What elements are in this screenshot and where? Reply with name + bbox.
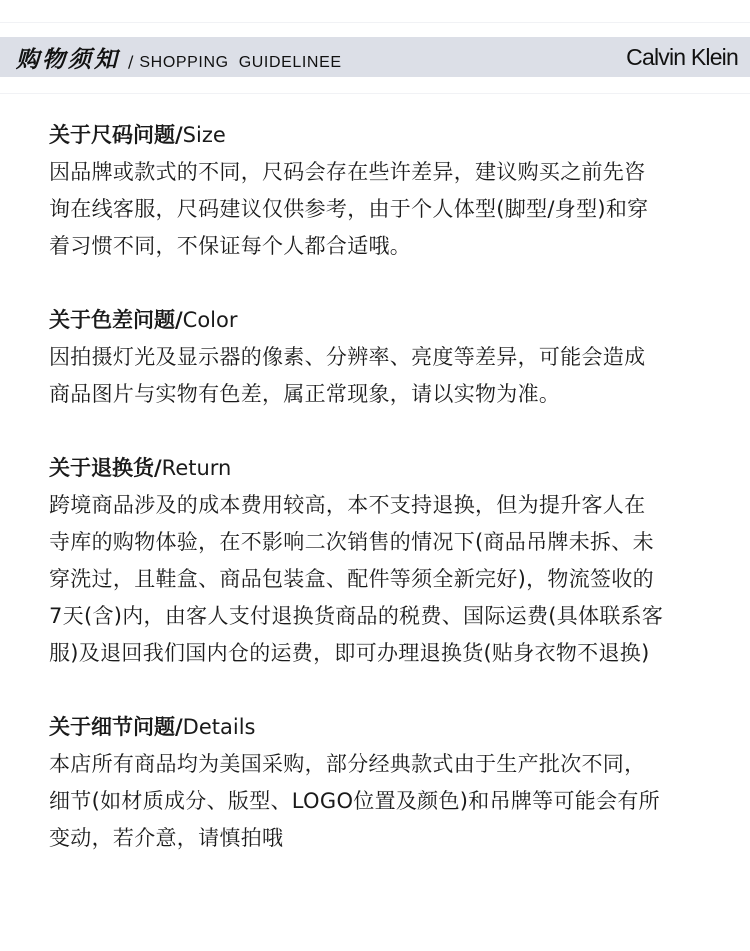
bottom-divider xyxy=(0,93,750,94)
body-line: 着习惯不同，不保证每个人都合适哦。 xyxy=(49,228,719,265)
section-title-cn: 关于退换货/ xyxy=(49,456,162,480)
body-line: 商品图片与实物有色差，属正常现象，请以实物为准。 xyxy=(49,376,719,413)
body-line: 跨境商品涉及的成本费用较高，本不支持退换，但为提升客人在 xyxy=(49,487,719,524)
section-size: 关于尺码问题/Size 因品牌或款式的不同，尺码会存在些许差异，建议购买之前先咨… xyxy=(49,117,719,265)
header-banner: 购物须知 / SHOPPING GUIDELINEE Calvin Klein xyxy=(0,37,750,77)
header-title-cn: 购物须知 xyxy=(16,41,120,74)
top-divider xyxy=(0,22,750,23)
section-body: 因品牌或款式的不同，尺码会存在些许差异，建议购买之前先咨 询在线客服，尺码建议仅… xyxy=(49,154,719,265)
body-line: 服)及退回我们国内仓的运费，即可办理退换货(贴身衣物不退换) xyxy=(49,635,719,672)
section-title-en: Color xyxy=(183,308,238,332)
section-title: 关于细节问题/Details xyxy=(49,709,719,746)
section-body: 跨境商品涉及的成本费用较高，本不支持退换，但为提升客人在 寺库的购物体验，在不影… xyxy=(49,487,719,672)
body-line: 本店所有商品均为美国采购，部分经典款式由于生产批次不同， xyxy=(49,746,719,783)
section-body: 本店所有商品均为美国采购，部分经典款式由于生产批次不同， 细节(如材质成分、版型… xyxy=(49,746,719,857)
brand-logo: Calvin Klein xyxy=(626,44,738,71)
header-separator: / xyxy=(128,52,133,71)
body-line: 变动，若介意，请慎拍哦 xyxy=(49,820,719,857)
section-title-cn: 关于细节问题/ xyxy=(49,715,183,739)
body-line: 寺库的购物体验，在不影响二次销售的情况下(商品吊牌未拆、未 xyxy=(49,524,719,561)
section-color: 关于色差问题/Color 因拍摄灯光及显示器的像素、分辨率、亮度等差异，可能会造… xyxy=(49,302,719,413)
body-line: 穿洗过，且鞋盒、商品包装盒、配件等须全新完好)，物流签收的 xyxy=(49,561,719,598)
section-body: 因拍摄灯光及显示器的像素、分辨率、亮度等差异，可能会造成 商品图片与实物有色差，… xyxy=(49,339,719,413)
header-title-en: SHOPPING GUIDELINEE xyxy=(139,54,341,72)
body-line: 因拍摄灯光及显示器的像素、分辨率、亮度等差异，可能会造成 xyxy=(49,339,719,376)
section-return: 关于退换货/Return 跨境商品涉及的成本费用较高，本不支持退换，但为提升客人… xyxy=(49,450,719,672)
body-line: 因品牌或款式的不同，尺码会存在些许差异，建议购买之前先咨 xyxy=(49,154,719,191)
section-title-en: Size xyxy=(183,123,226,147)
section-title-en: Return xyxy=(162,456,232,480)
header-title-group: 购物须知 / SHOPPING GUIDELINEE xyxy=(16,41,342,74)
section-title-cn: 关于色差问题/ xyxy=(49,308,183,332)
guidelines-content: 关于尺码问题/Size 因品牌或款式的不同，尺码会存在些许差异，建议购买之前先咨… xyxy=(49,117,719,894)
section-title: 关于退换货/Return xyxy=(49,450,719,487)
section-title-cn: 关于尺码问题/ xyxy=(49,123,183,147)
body-line: 7天(含)内，由客人支付退换货商品的税费、国际运费(具体联系客 xyxy=(49,598,719,635)
section-details: 关于细节问题/Details 本店所有商品均为美国采购，部分经典款式由于生产批次… xyxy=(49,709,719,857)
body-line: 询在线客服，尺码建议仅供参考，由于个人体型(脚型/身型)和穿 xyxy=(49,191,719,228)
section-title: 关于色差问题/Color xyxy=(49,302,719,339)
section-title: 关于尺码问题/Size xyxy=(49,117,719,154)
section-title-en: Details xyxy=(183,715,256,739)
body-line: 细节(如材质成分、版型、LOGO位置及颜色)和吊牌等可能会有所 xyxy=(49,783,719,820)
